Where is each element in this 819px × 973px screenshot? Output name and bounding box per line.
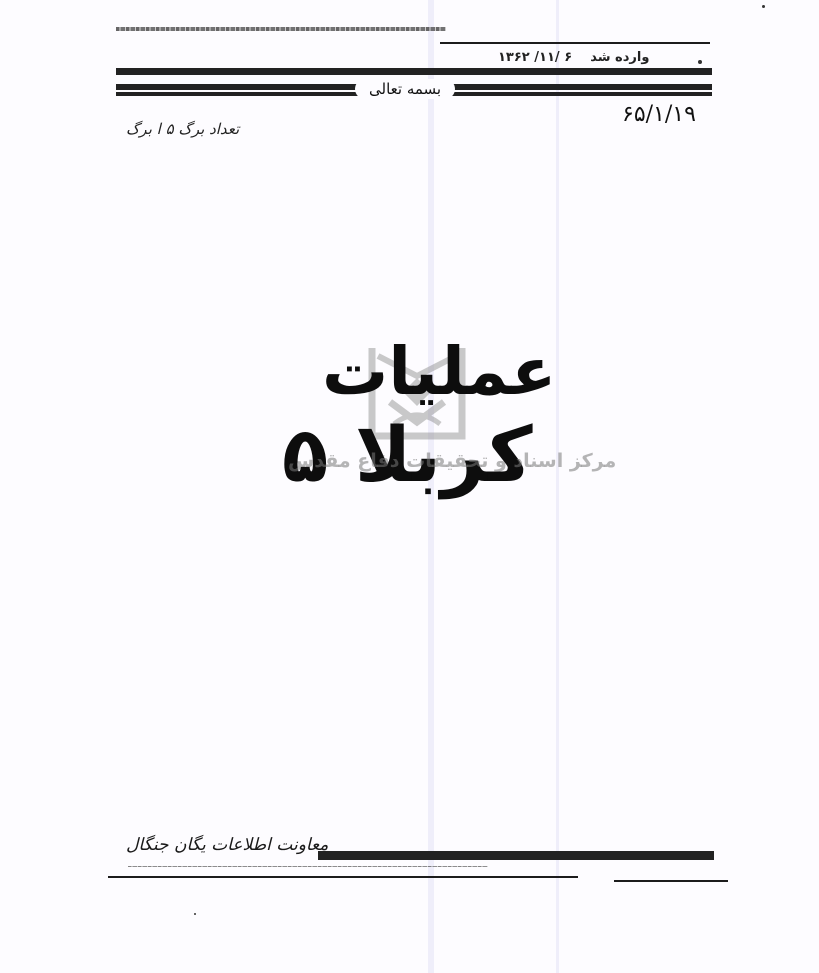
received-date: ۶ /۱۱/ ۱۳۶۲: [498, 50, 572, 65]
bullet-dot: [698, 60, 702, 64]
header-top-rule-line: [440, 42, 710, 44]
speck: [762, 5, 765, 8]
header-band-1: [116, 68, 712, 75]
speck: [194, 913, 196, 915]
watermark-text: مرکز اسناد و تحقیقات دفاع مقدس: [288, 450, 616, 472]
stamp-label: بسمه تعالی: [355, 79, 455, 99]
header-top-rule: [116, 27, 446, 31]
title-line-1: عملیات: [322, 333, 556, 410]
footer-band: [318, 851, 714, 860]
received-stamp: وارده شد ۶ /۱۱/ ۱۳۶۲: [498, 50, 649, 65]
footer-rule-left: [108, 876, 578, 878]
footer-dotted-rule: [128, 866, 488, 867]
document-number: ۶۵/۱/۱۹: [622, 102, 696, 127]
scan-streak: [556, 0, 559, 973]
page-count: تعداد برگ ۵ ا برگ: [126, 120, 239, 138]
footer-signature: معاونت اطلاعات یگان جنگال: [126, 835, 328, 855]
footer-rule-right: [614, 880, 728, 882]
received-label: وارده شد: [590, 50, 649, 65]
